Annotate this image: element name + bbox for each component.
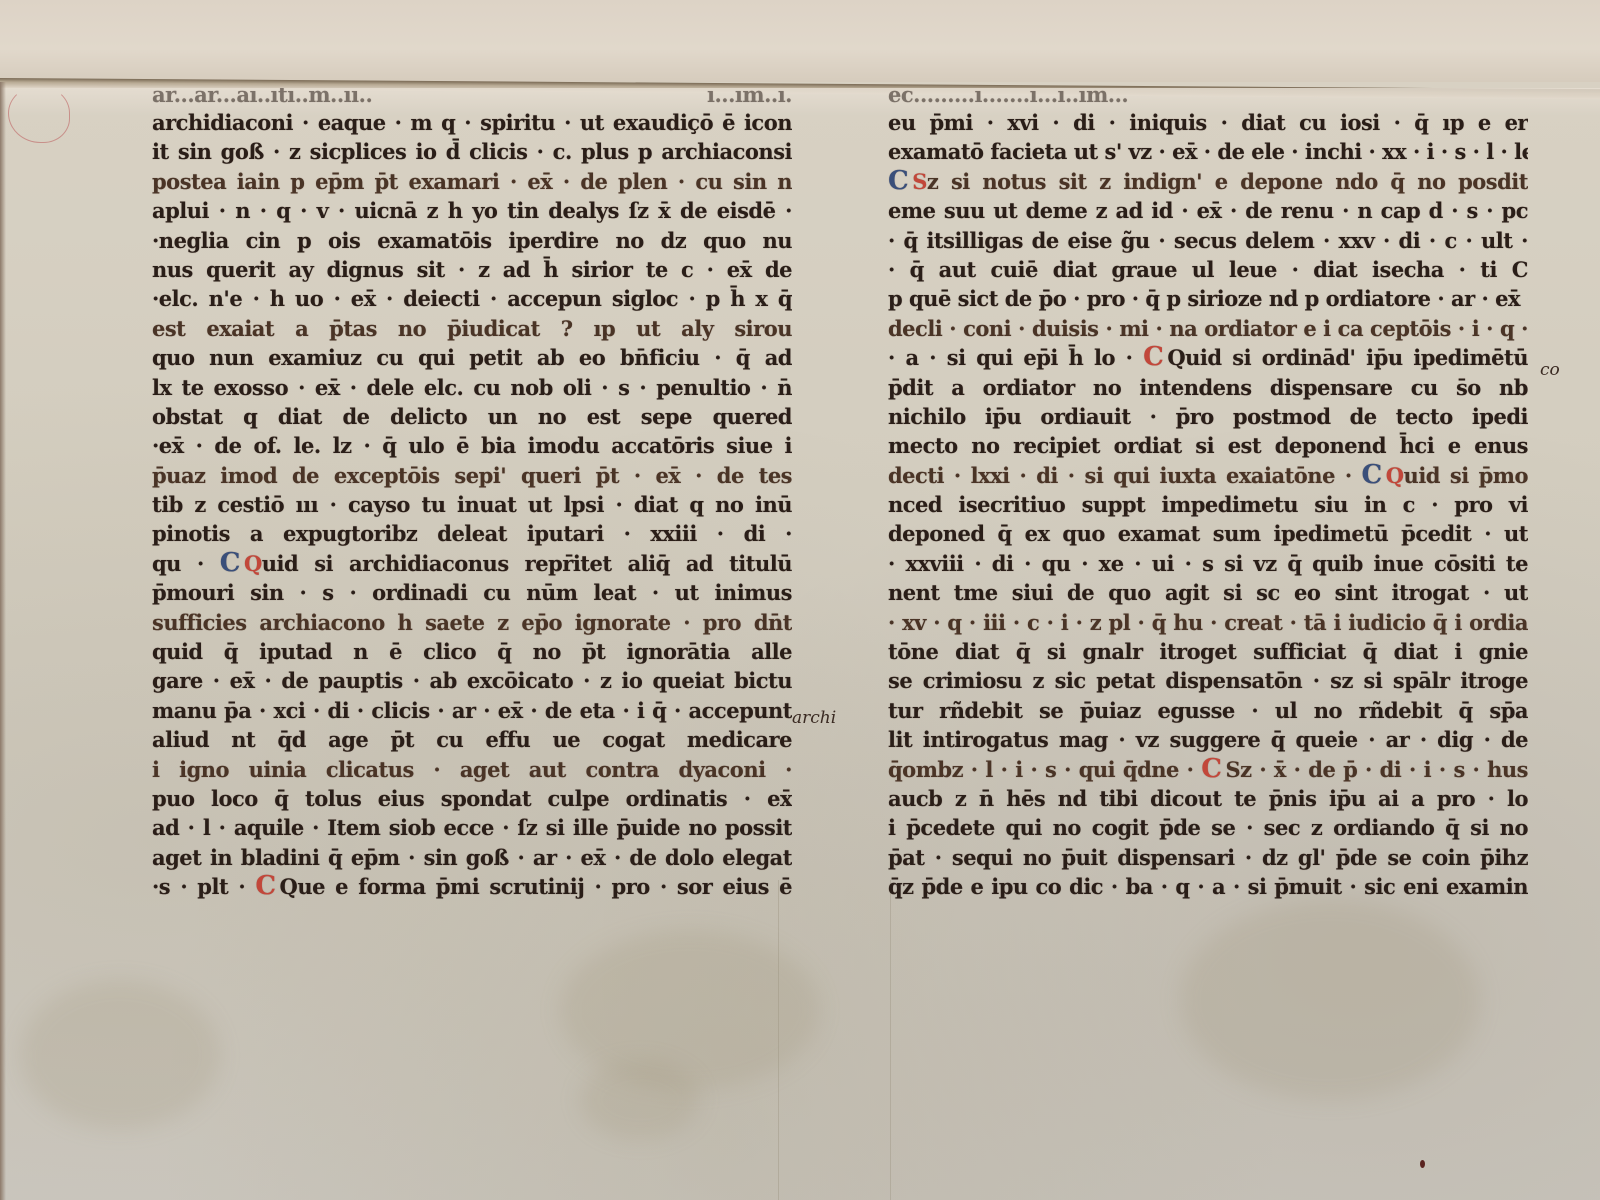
paragraph-mark-icon: C (1201, 755, 1221, 784)
paragraph-mark-icon: C (255, 872, 275, 901)
manuscript-line: aget in bladini q̄ ep̄m · sin goß · ar ·… (152, 843, 792, 872)
red-ink-circle-mark (8, 86, 70, 143)
line-text: se crimiosu z sic petat dispensatōn · sz… (888, 668, 1528, 693)
line-text: ·neglia cin p ois examatōis iperdire no … (152, 228, 792, 253)
line-text: postea iain p ep̄m p̄t examari · ex̄ · d… (152, 169, 792, 194)
manuscript-line: quo nun examiuz cu qui petit ab eo bn̄fi… (152, 343, 792, 372)
line-text: mecto no recipiet ordiat si est deponend… (888, 433, 1528, 458)
line-text: lx te exosso · ex̄ · dele elc. cu nob ol… (152, 375, 792, 400)
manuscript-line: eme suu ut deme z ad id · ex̄ · de renu … (888, 196, 1528, 225)
line-text: ec.........ı.......ı...ı..ım... (888, 88, 1128, 107)
manuscript-line: q̄z p̄de e ipu co dic · ba · q · a · si … (888, 872, 1528, 901)
manuscript-line: nichilo ip̄u ordiauit · p̄ro postmod de … (888, 402, 1528, 431)
line-text: ·s · plt · CQue e forma p̄mi scrutinij ·… (152, 874, 792, 899)
line-text: i igno uinia clicatus · aget aut contra … (152, 757, 792, 782)
manuscript-line: qu · CQuid si archidiaconus repr̄itet al… (152, 549, 792, 578)
line-text: p̄uaz imod de exceptōis sepi' queri p̄t … (152, 463, 792, 488)
line-text: q̄ombz · l · i · s · qui q̄dne · CSz · x… (888, 757, 1528, 782)
line-text: p̄at · sequi no p̄uit dispensari · dz gl… (888, 845, 1528, 870)
line-text: nced isecritiuo suppt impedimetu siu in … (888, 492, 1528, 517)
manuscript-line: p̄uaz imod de exceptōis sepi' queri p̄t … (152, 461, 792, 490)
line-text: q̄z p̄de e ipu co dic · ba · q · a · si … (888, 874, 1528, 899)
manuscript-line: ar...ar...aı..ıtı..m..ıı.. ı...ım..ı. (152, 88, 792, 108)
manuscript-line: it sin goß · z sicplices io d̄ clicis · … (152, 137, 792, 166)
paragraph-mark-icon: C (888, 167, 908, 196)
manuscript-line: CSz si notus sit z indign' e depone ndo … (888, 167, 1528, 196)
manuscript-line: decti · lxxi · di · si qui iuxta exaiatō… (888, 461, 1528, 490)
manuscript-line: · xxviii · di · qu · xe · ui · s si vz q… (888, 549, 1528, 578)
manuscript-line: ·ex̄ · de of. le. lz · q̄ ulo ē bia imod… (152, 431, 792, 460)
ruling-line (778, 880, 779, 1200)
manuscript-line: eu p̄mi · xvi · di · iniquis · diat cu i… (888, 108, 1528, 137)
line-text: ad · l · aquile · Item siob ecce · ſz si… (152, 815, 792, 840)
text-column-right: ec.........ı.......ı...ı..ım...eu p̄mi ·… (888, 88, 1528, 902)
line-text: quo nun examiuz cu qui petit ab eo bn̄fi… (152, 345, 792, 370)
water-stain (580, 1060, 700, 1140)
manuscript-line: · xv · q · iii · c · i · z pl · q̄ hu · … (888, 608, 1528, 637)
line-text: est exaiat a p̄tas no p̄iudicat ? ıp ut … (152, 316, 792, 341)
line-text: ar...ar...aı..ıtı..m..ıı.. ı...ım..ı. (152, 88, 792, 107)
line-text: pinotis a expugtoribz deleat iputari · x… (152, 521, 792, 546)
manuscript-line: nent tme siui de quo agit si sc eo sint … (888, 578, 1528, 607)
manuscript-line: aliud nt q̄d age p̄t cu effu ue cogat me… (152, 725, 792, 754)
manuscript-line: aucb z n̄ hēs nd tibi dicout te p̄nis ip… (888, 784, 1528, 813)
manuscript-line: i p̄cedete qui no cogit p̄de se · sec z … (888, 813, 1528, 842)
paragraph-mark-icon: C (220, 549, 240, 578)
ruling-line (890, 880, 891, 1200)
rubricated-initial: Q (1386, 463, 1404, 488)
line-text: deponed q̄ ex quo examat sum ipedimetū p… (888, 521, 1528, 546)
parchment-top-flap (0, 0, 1600, 82)
line-text: i p̄cedete qui no cogit p̄de se · sec z … (888, 815, 1528, 840)
manuscript-line: ec.........ı.......ı...ı..ım... (888, 88, 1528, 108)
manuscript-line: ·neglia cin p ois examatōis iperdire no … (152, 226, 792, 255)
manuscript-line: gare · ex̄ · de pauptis · ab excōicato ·… (152, 666, 792, 695)
manuscript-line: · q̄ aut cuiē diat graue ul leue · diat … (888, 255, 1528, 284)
text-column-left: ar...ar...aı..ıtı..m..ıı.. ı...ım..ı.arc… (152, 88, 792, 902)
manuscript-line: decli · coni · duisis · mi · na ordiator… (888, 314, 1528, 343)
line-text: aucb z n̄ hēs nd tibi dicout te p̄nis ip… (888, 786, 1528, 811)
line-text: · xv · q · iii · c · i · z pl · q̄ hu · … (888, 610, 1528, 635)
paragraph-mark-icon: C (1143, 343, 1163, 372)
line-text: tur rñdebit se p̄uiaz egusse · ul no rñd… (888, 698, 1528, 723)
line-text: decli · coni · duisis · mi · na ordiator… (888, 316, 1528, 341)
manuscript-line: est exaiat a p̄tas no p̄iudicat ? ıp ut … (152, 314, 792, 343)
manuscript-line: lit intirogatus mag · vz suggere q̄ quei… (888, 725, 1528, 754)
line-text: p̄dit a ordiator no intendens dispensare… (888, 375, 1528, 400)
manuscript-line: deponed q̄ ex quo examat sum ipedimetū p… (888, 519, 1528, 548)
line-text: examatō facieta ut s' vz · ex̄ · de ele … (888, 139, 1528, 164)
line-text: quid q̄ iputad n ē clico q̄ no p̄t ignor… (152, 639, 792, 664)
line-text: p quē sict de p̄o · pro · q̄ p sirioze n… (888, 286, 1528, 311)
line-text: ·elc. n'e · h uo · ex̄ · deiecti · accep… (152, 286, 792, 311)
manuscript-line: nced isecritiuo suppt impedimetu siu in … (888, 490, 1528, 519)
manuscript-line: · q̄ itsilligas de eise g̃u · secus dele… (888, 226, 1528, 255)
paragraph-mark-icon: C (1362, 461, 1382, 490)
line-text: ·ex̄ · de of. le. lz · q̄ ulo ē bia imod… (152, 433, 792, 458)
water-stain (20, 980, 220, 1130)
rubricated-initial: S (912, 169, 927, 194)
line-text: decti · lxxi · di · si qui iuxta exaiatō… (888, 463, 1528, 488)
manuscript-line: p̄mouri sin · s · ordinadi cu nūm leat ·… (152, 578, 792, 607)
manuscript-line: p̄dit a ordiator no intendens dispensare… (888, 373, 1528, 402)
manuscript-line: pinotis a expugtoribz deleat iputari · x… (152, 519, 792, 548)
line-text: · xxviii · di · qu · xe · ui · s si vz q… (888, 551, 1528, 576)
margin-note-archi: archi (792, 708, 836, 728)
line-text: it sin goß · z sicplices io d̄ clicis · … (152, 139, 792, 164)
manuscript-line: ad · l · aquile · Item siob ecce · ſz si… (152, 813, 792, 842)
manuscript-line: p̄at · sequi no p̄uit dispensari · dz gl… (888, 843, 1528, 872)
line-text: gare · ex̄ · de pauptis · ab excōicato ·… (152, 668, 792, 693)
manuscript-line: tib z cestiō ııı · cayso tu inuat ut lps… (152, 490, 792, 519)
rubricated-initial: Q (244, 551, 262, 576)
manuscript-line: quid q̄ iputad n ē clico q̄ no p̄t ignor… (152, 637, 792, 666)
line-text: p̄mouri sin · s · ordinadi cu nūm leat ·… (152, 580, 792, 605)
manuscript-line: archidiaconi · eaque · m q · spiritu · u… (152, 108, 792, 137)
line-text: aplui · n · q · v · uicnā z h yo tin dea… (152, 198, 792, 223)
water-stain (560, 930, 820, 1090)
line-text: manu p̄a · xci · di · clicis · ar · ex̄ … (152, 698, 792, 723)
manuscript-line: postea iain p ep̄m p̄t examari · ex̄ · d… (152, 167, 792, 196)
ink-spot (1420, 1160, 1425, 1168)
water-stain (1180, 900, 1480, 1100)
manuscript-line: tōne diat q̄ si gnalr itroget sufficiat … (888, 637, 1528, 666)
line-text: nus querit ay dignus sit · z ad h̄ sirio… (152, 257, 792, 282)
manuscript-line: mecto no recipiet ordiat si est deponend… (888, 431, 1528, 460)
line-text: · a · si qui ep̄i h̄ lo · CQuid si ordin… (888, 345, 1528, 370)
line-text: aget in bladini q̄ ep̄m · sin goß · ar ·… (152, 845, 792, 870)
manuscript-line: manu p̄a · xci · di · clicis · ar · ex̄ … (152, 696, 792, 725)
line-text: aliud nt q̄d age p̄t cu effu ue cogat me… (152, 727, 792, 752)
leaf-left-edge (0, 82, 6, 1200)
line-text: tōne diat q̄ si gnalr itroget sufficiat … (888, 639, 1528, 664)
line-text: · q̄ aut cuiē diat graue ul leue · diat … (888, 257, 1528, 282)
manuscript-line: aplui · n · q · v · uicnā z h yo tin dea… (152, 196, 792, 225)
line-text: · q̄ itsilligas de eise g̃u · secus dele… (888, 228, 1528, 253)
line-text: puo loco q̄ tolus eius spondat culpe ord… (152, 786, 792, 811)
line-text: eme suu ut deme z ad id · ex̄ · de renu … (888, 198, 1528, 223)
manuscript-line: p quē sict de p̄o · pro · q̄ p sirioze n… (888, 284, 1528, 313)
manuscript-line: obstat q diat de delicto un no est sepe … (152, 402, 792, 431)
line-text: sufficies archiacono h saete z ep̄o igno… (152, 610, 792, 635)
manuscript-line: ·elc. n'e · h uo · ex̄ · deiecti · accep… (152, 284, 792, 313)
manuscript-line: puo loco q̄ tolus eius spondat culpe ord… (152, 784, 792, 813)
manuscript-line: examatō facieta ut s' vz · ex̄ · de ele … (888, 137, 1528, 166)
manuscript-line: lx te exosso · ex̄ · dele elc. cu nob ol… (152, 373, 792, 402)
line-text: nichilo ip̄u ordiauit · p̄ro postmod de … (888, 404, 1528, 429)
line-text: CSz si notus sit z indign' e depone ndo … (888, 169, 1528, 194)
manuscript-line: sufficies archiacono h saete z ep̄o igno… (152, 608, 792, 637)
line-text: eu p̄mi · xvi · di · iniquis · diat cu i… (888, 110, 1528, 135)
line-text: lit intirogatus mag · vz suggere q̄ quei… (888, 727, 1528, 752)
manuscript-line: ·s · plt · CQue e forma p̄mi scrutinij ·… (152, 872, 792, 901)
line-text: tib z cestiō ııı · cayso tu inuat ut lps… (152, 492, 792, 517)
manuscript-line: · a · si qui ep̄i h̄ lo · CQuid si ordin… (888, 343, 1528, 372)
manuscript-line: nus querit ay dignus sit · z ad h̄ sirio… (152, 255, 792, 284)
line-text: archidiaconi · eaque · m q · spiritu · u… (152, 110, 792, 135)
manuscript-line: i igno uinia clicatus · aget aut contra … (152, 755, 792, 784)
manuscript-line: se crimiosu z sic petat dispensatōn · sz… (888, 666, 1528, 695)
line-text: obstat q diat de delicto un no est sepe … (152, 404, 792, 429)
margin-note-co: co (1540, 360, 1560, 380)
manuscript-line: q̄ombz · l · i · s · qui q̄dne · CSz · x… (888, 755, 1528, 784)
manuscript-line: tur rñdebit se p̄uiaz egusse · ul no rñd… (888, 696, 1528, 725)
line-text: qu · CQuid si archidiaconus repr̄itet al… (152, 551, 792, 576)
line-text: nent tme siui de quo agit si sc eo sint … (888, 580, 1528, 605)
